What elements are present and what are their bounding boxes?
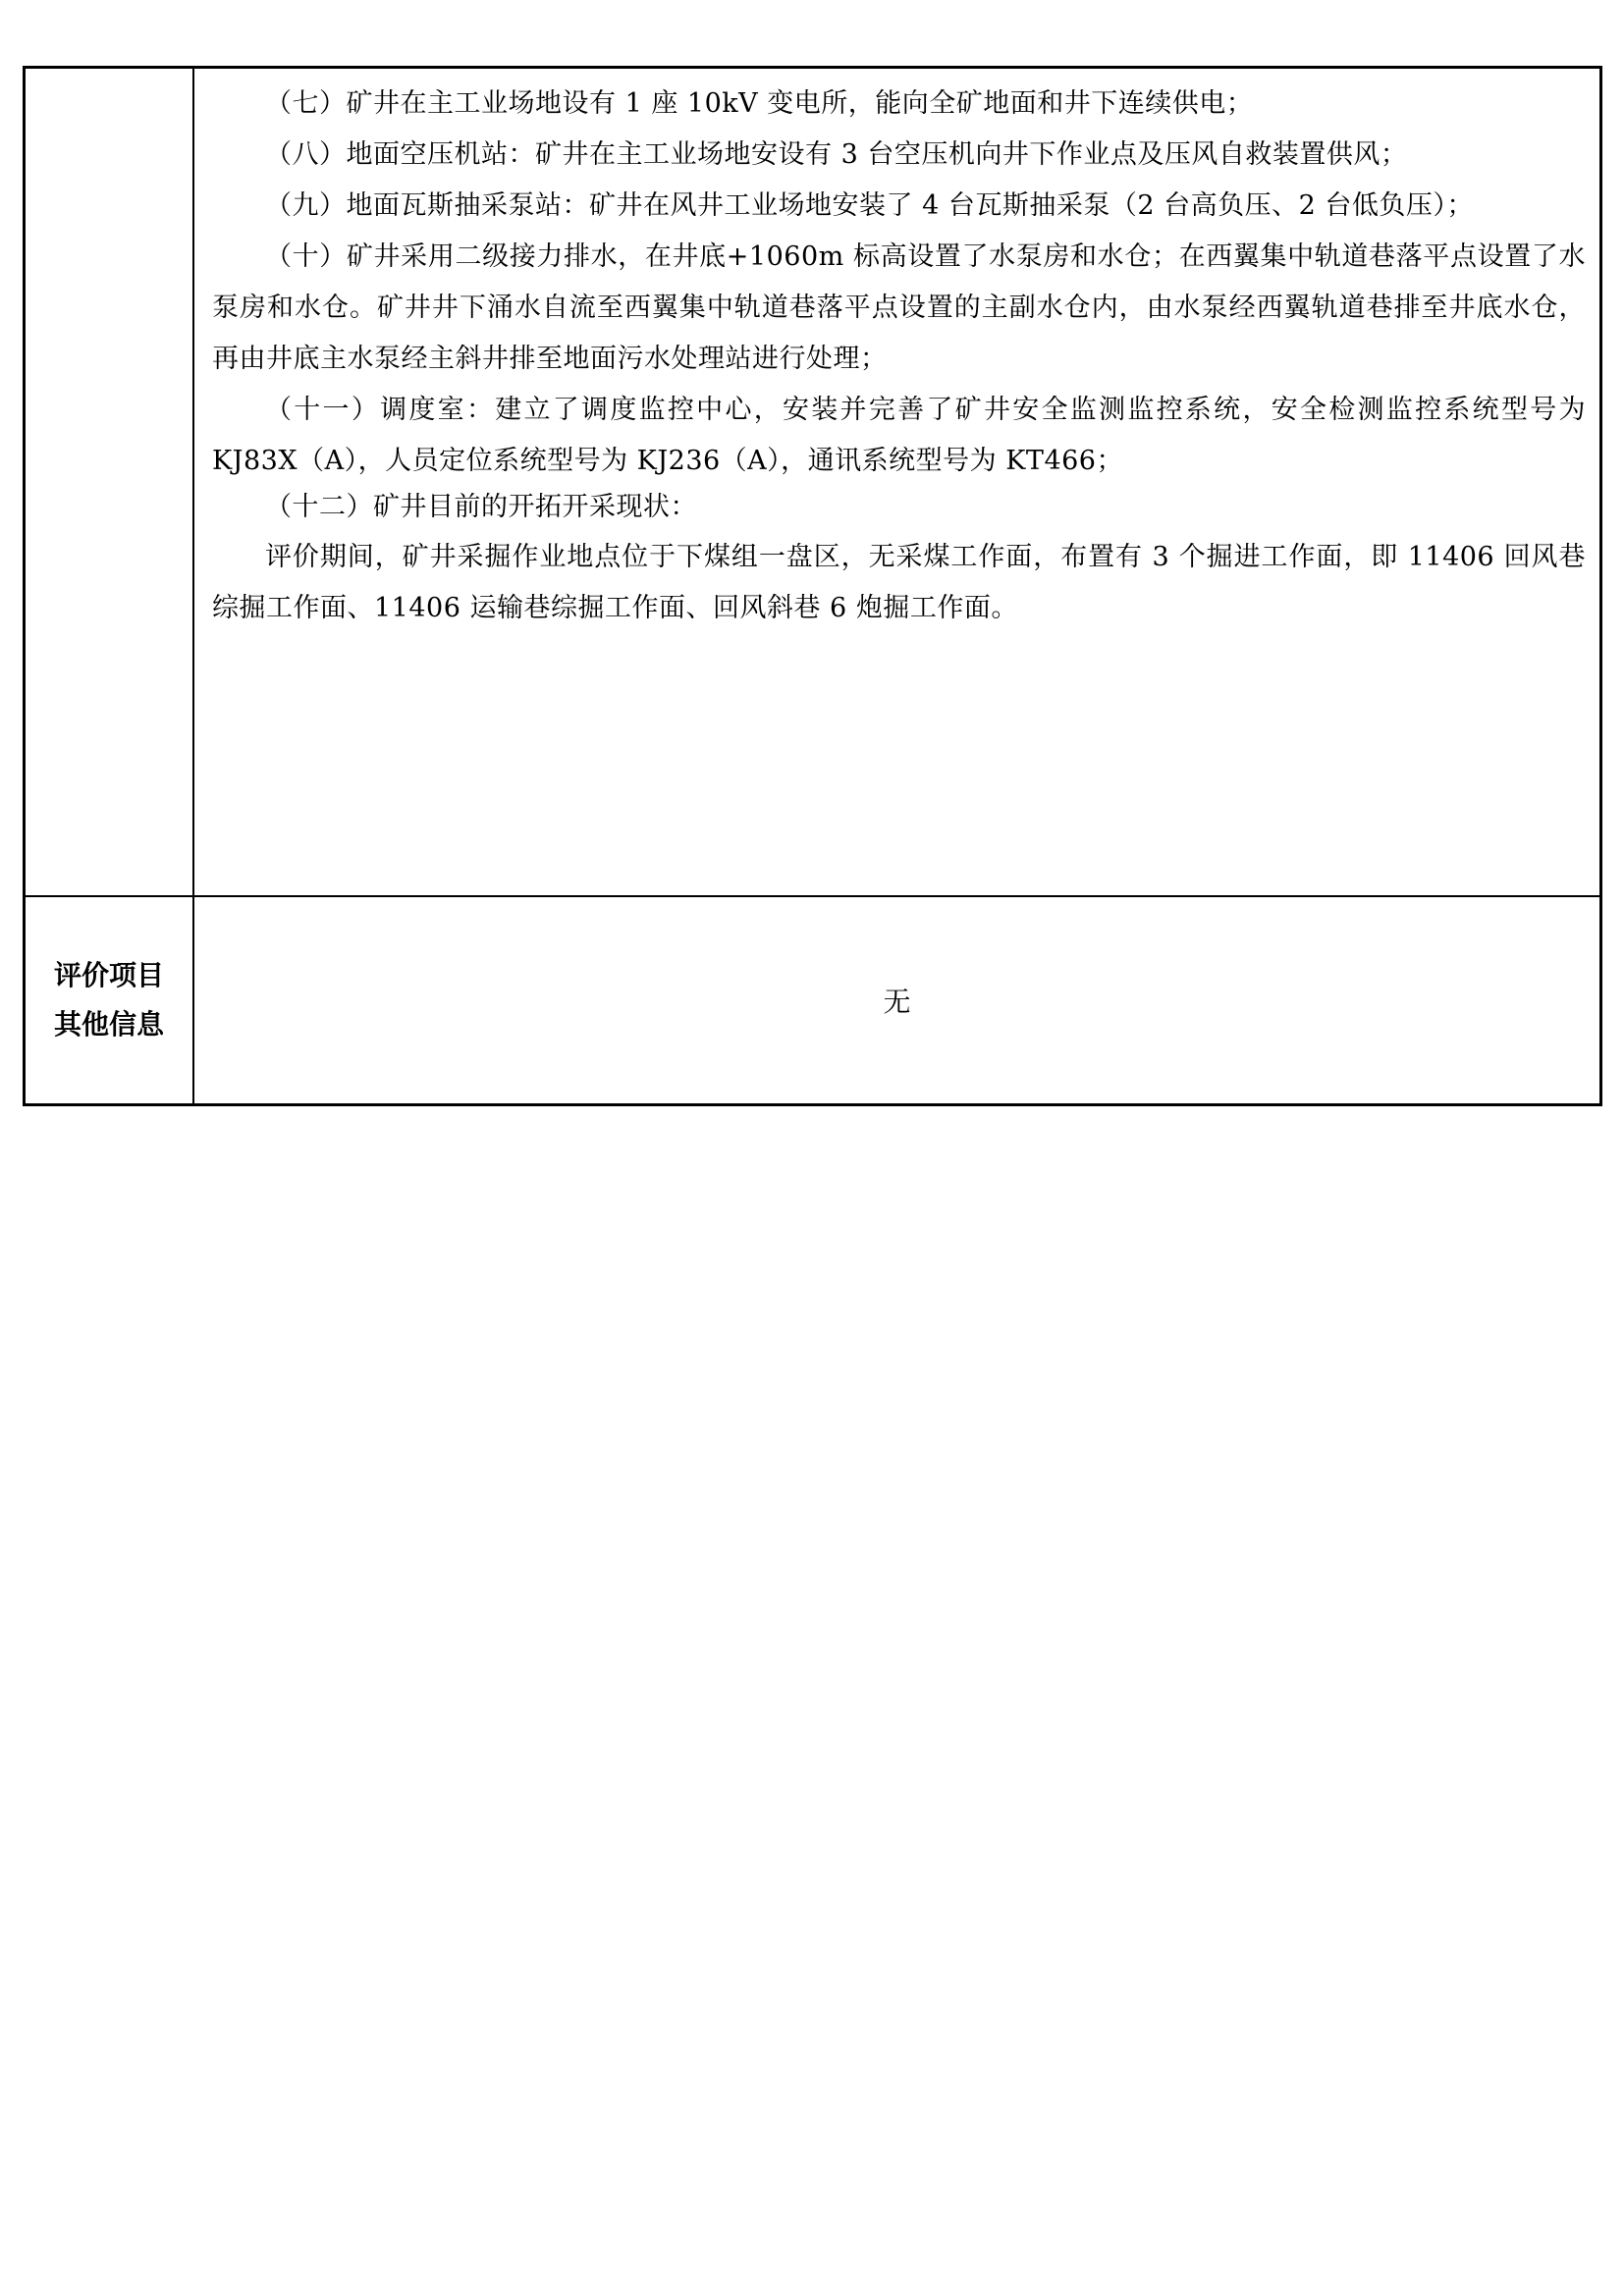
other-info-label-cell: 评价项目 其他信息 xyxy=(25,896,194,1105)
facilities-description-cell: （七）矿井在主工业场地设有 1 座 10kV 变电所，能向全矿地面和井下连续供电… xyxy=(193,68,1601,897)
row-label-empty xyxy=(25,68,194,897)
paragraph-mining-status-heading: （十二）矿井目前的开拓开采现状： xyxy=(212,487,1586,528)
other-info-value: 无 xyxy=(194,897,1599,1103)
paragraph-gas-drainage: （九）地面瓦斯抽采泵站：矿井在风井工业场地安装了 4 台瓦斯抽采泵（2 台高负压… xyxy=(212,181,1586,232)
other-info-label: 评价项目 其他信息 xyxy=(26,897,192,1103)
facilities-description: （七）矿井在主工业场地设有 1 座 10kV 变电所，能向全矿地面和井下连续供电… xyxy=(194,69,1599,634)
paragraph-air-compressor: （八）地面空压机站：矿井在主工业场地安设有 3 台空压机向井下作业点及压风自救装… xyxy=(212,130,1586,181)
paragraph-substation: （七）矿井在主工业场地设有 1 座 10kV 变电所，能向全矿地面和井下连续供电… xyxy=(212,79,1586,130)
paragraph-mining-status: 评价期间，矿井采掘作业地点位于下煤组一盘区，无采煤工作面，布置有 3 个掘进工作… xyxy=(212,532,1586,634)
paragraph-drainage: （十）矿井采用二级接力排水，在井底+1060m 标高设置了水泵房和水仓；在西翼集… xyxy=(212,232,1586,385)
paragraph-dispatch-room: （十一）调度室：建立了调度监控中心，安装并完善了矿井安全监测监控系统，安全检测监… xyxy=(212,385,1586,487)
table-row-mine-facilities: （七）矿井在主工业场地设有 1 座 10kV 变电所，能向全矿地面和井下连续供电… xyxy=(25,68,1601,897)
other-info-label-line1: 评价项目 xyxy=(54,951,164,1000)
other-info-label-line2: 其他信息 xyxy=(54,1000,164,1049)
evaluation-info-table: （七）矿井在主工业场地设有 1 座 10kV 变电所，能向全矿地面和井下连续供电… xyxy=(23,66,1602,1106)
table-row-other-info: 评价项目 其他信息 无 xyxy=(25,896,1601,1105)
other-info-value-cell: 无 xyxy=(193,896,1601,1105)
